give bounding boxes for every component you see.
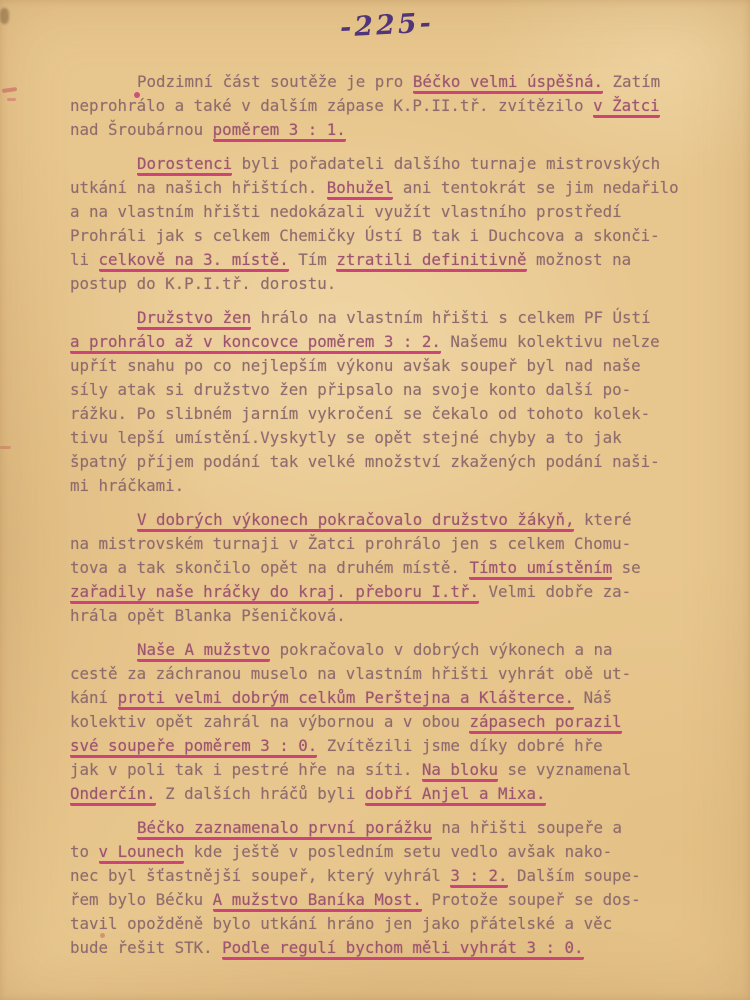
text-segment: kolektiv opět zahrál na výbornou a v obo… [70, 712, 469, 731]
text-segment: možnost na [527, 250, 632, 269]
text-line: rážku. Po slibném jarním vykročení se če… [70, 402, 690, 426]
text-line: Podzimní část soutěže je pro Béčko velmi… [70, 70, 690, 94]
text-segment: se [612, 558, 641, 577]
underlined-phrase: Bohužel [327, 178, 394, 200]
text-line: zařadily naše hráčky do kraj. přeboru I.… [70, 580, 690, 604]
text-segment: a na vlastním hřišti nedokázali využít v… [70, 202, 622, 221]
text-line: síly atak si družstvo žen připsalo na sv… [70, 378, 690, 402]
text-segment: které [574, 510, 631, 529]
text-segment: postup do K.P.I.tř. dorostu. [70, 274, 336, 293]
text-line: Naše A mužstvo pokračovalo v dobrých výk… [70, 638, 690, 662]
typewritten-text-body: Podzimní část soutěže je pro Béčko velmi… [70, 70, 690, 970]
text-segment: Podzimní část soutěže je pro [137, 72, 413, 91]
underlined-phrase: poměrem 3 : 1. [213, 120, 346, 142]
underlined-phrase: zápasech porazil [469, 712, 621, 734]
text-line: kolektiv opět zahrál na výbornou a v obo… [70, 710, 690, 734]
text-line: cestě za záchranou muselo na vlastním hř… [70, 662, 690, 686]
text-line: na mistrovském turnaji v Žatci prohrálo … [70, 532, 690, 556]
text-segment: cestě za záchranou muselo na vlastním hř… [70, 664, 631, 683]
underlined-phrase: proti velmi dobrým celkům Perštejna a Kl… [118, 688, 575, 710]
text-line: hrála opět Blanka Pšeničková. [70, 604, 690, 628]
text-line: bude řešit STK. Podle regulí bychom měli… [70, 936, 690, 960]
underlined-phrase: Na bloku [422, 760, 498, 782]
text-segment: hrálo na vlastním hřišti s celkem PF Úst… [251, 308, 650, 327]
paragraph: Dorostenci byli pořadateli dalšího turna… [70, 152, 690, 296]
text-segment: hrála opět Blanka Pšeničková. [70, 606, 346, 625]
underlined-phrase: celkově na 3. místě. [99, 250, 289, 272]
text-line: Béčko zaznamenalo první porážku na hřišt… [70, 816, 690, 840]
underlined-phrase: Onderčín. [70, 784, 156, 806]
text-segment: tova a tak skončilo opět na druhém místě… [70, 558, 469, 577]
text-line: špatný příjem podání tak velké množství … [70, 450, 690, 474]
underlined-phrase: Naše A mužstvo [137, 640, 270, 662]
text-segment: Protože soupeř se dos- [422, 890, 641, 909]
text-line: V dobrých výkonech pokračovalo družstvo … [70, 508, 690, 532]
text-line: mi hráčkami. [70, 474, 690, 498]
text-line: tavil opožděně bylo utkání hráno jen jak… [70, 912, 690, 936]
text-segment: Tím [289, 250, 337, 269]
ink-speck [2, 87, 17, 93]
text-segment: mi hráčkami. [70, 476, 184, 495]
scanned-document-page: -225- Podzimní část soutěže je pro Béčko… [0, 0, 750, 1000]
text-line: Družstvo žen hrálo na vlastním hřišti s … [70, 306, 690, 330]
text-segment: ani tentokrát se jim nedařilo [393, 178, 678, 197]
underlined-phrase: zařadily naše hráčky do kraj. přeboru I.… [70, 582, 479, 604]
text-segment: to [70, 842, 99, 861]
text-segment: bude řešit STK. [70, 938, 222, 957]
text-line: Dorostenci byli pořadateli dalšího turna… [70, 152, 690, 176]
text-line: své soupeře poměrem 3 : 0. Zvítězili jsm… [70, 734, 690, 758]
underlined-phrase: A mužstvo Baníka Most. [213, 890, 422, 912]
text-segment: nec byl šťastnější soupeř, který vyhrál [70, 866, 450, 885]
text-line: jak v poli tak i pestré hře na síti. Na … [70, 758, 690, 782]
underlined-phrase: Béčko velmi úspěšná. [413, 72, 603, 94]
underlined-phrase: dobří Anjel a Mixa. [365, 784, 546, 806]
text-segment: neprohrálo a také v dalším zápase K.P.II… [70, 96, 593, 115]
paragraph: V dobrých výkonech pokračovalo družstvo … [70, 508, 690, 628]
underlined-phrase: Dorostenci [137, 154, 232, 176]
paragraph: Družstvo žen hrálo na vlastním hřišti s … [70, 306, 690, 498]
underlined-phrase: své soupeře poměrem 3 : 0. [70, 736, 317, 758]
text-line: upřít snahu po co nejlepším výkonu avšak… [70, 354, 690, 378]
text-segment: tavil opožděně bylo utkání hráno jen jak… [70, 914, 612, 933]
text-segment: špatný příjem podání tak velké množství … [70, 452, 660, 471]
text-line: to v Lounech kde ještě v posledním setu … [70, 840, 690, 864]
text-line: kání proti velmi dobrým celkům Perštejna… [70, 686, 690, 710]
ink-speck [0, 446, 11, 449]
text-segment: síly atak si družstvo žen připsalo na sv… [70, 380, 631, 399]
text-segment: na hřišti soupeře a [432, 818, 622, 837]
text-segment: byli pořadateli dalšího turnaje mistrovs… [232, 154, 660, 173]
text-segment: rážku. Po slibném jarním vykročení se če… [70, 404, 650, 423]
text-line: Onderčín. Z dalších hráčů byli dobří Anj… [70, 782, 690, 806]
text-segment: Prohráli jak s celkem Chemičky Ústí B ta… [70, 226, 660, 245]
text-segment: li [70, 250, 99, 269]
text-segment: Zvítězili jsme díky dobré hře [317, 736, 602, 755]
text-segment: Náš [574, 688, 612, 707]
ink-speck [7, 98, 16, 101]
text-segment: kání [70, 688, 118, 707]
text-line: postup do K.P.I.tř. dorostu. [70, 272, 690, 296]
text-segment: upřít snahu po co nejlepším výkonu avšak… [70, 356, 641, 375]
underlined-phrase: 3 : 2. [450, 866, 507, 888]
paragraph: Podzimní část soutěže je pro Béčko velmi… [70, 70, 690, 142]
text-segment: Dalším soupe- [508, 866, 641, 885]
text-line: tivu lepší umístění.Vyskytly se opět ste… [70, 426, 690, 450]
text-line: a na vlastním hřišti nedokázali využít v… [70, 200, 690, 224]
underlined-phrase: Podle regulí bychom měli vyhrát 3 : 0. [222, 938, 583, 960]
underlined-phrase: a prohrálo až v koncovce poměrem 3 : 2. [70, 332, 441, 354]
text-line: nec byl šťastnější soupeř, který vyhrál … [70, 864, 690, 888]
text-line: nad Šroubárnou poměrem 3 : 1. [70, 118, 690, 142]
paragraph: Naše A mužstvo pokračovalo v dobrých výk… [70, 638, 690, 806]
underlined-phrase: Tímto umístěním [469, 558, 612, 580]
text-line: Prohráli jak s celkem Chemičky Ústí B ta… [70, 224, 690, 248]
text-segment: pokračovalo v dobrých výkonech a na [270, 640, 612, 659]
text-segment: tivu lepší umístění.Vyskytly se opět ste… [70, 428, 622, 447]
text-line: li celkově na 3. místě. Tím ztratili def… [70, 248, 690, 272]
text-segment: Našemu kolektivu nelze [441, 332, 660, 351]
text-segment: utkání na našich hřištích. [70, 178, 327, 197]
text-line: řem bylo Béčku A mužstvo Baníka Most. Pr… [70, 888, 690, 912]
text-segment: Z dalších hráčů byli [156, 784, 365, 803]
text-segment: nad Šroubárnou [70, 120, 213, 139]
text-segment: jak v poli tak i pestré hře na síti. [70, 760, 422, 779]
text-line: utkání na našich hřištích. Bohužel ani t… [70, 176, 690, 200]
underlined-phrase: V dobrých výkonech pokračovalo družstvo … [137, 510, 574, 532]
text-line: tova a tak skončilo opět na druhém místě… [70, 556, 690, 580]
underlined-phrase: v Žatci [593, 96, 660, 118]
paragraph: Béčko zaznamenalo první porážku na hřišt… [70, 816, 690, 960]
underlined-phrase: v Lounech [99, 842, 185, 864]
text-line: neprohrálo a také v dalším zápase K.P.II… [70, 94, 690, 118]
handwritten-page-number: -225- [339, 8, 434, 44]
underlined-phrase: Béčko zaznamenalo první porážku [137, 818, 432, 840]
text-segment: na mistrovském turnaji v Žatci prohrálo … [70, 534, 631, 553]
text-segment: kde ještě v posledním setu vedlo avšak n… [184, 842, 612, 861]
text-segment: řem bylo Béčku [70, 890, 213, 909]
text-segment: Velmi dobře za- [479, 582, 631, 601]
underlined-phrase: ztratili definitivně [336, 250, 526, 272]
paper-smudge [0, 8, 9, 24]
underlined-phrase: Družstvo žen [137, 308, 251, 330]
text-segment: se vyznamenal [498, 760, 631, 779]
text-line: a prohrálo až v koncovce poměrem 3 : 2. … [70, 330, 690, 354]
text-segment: Zatím [603, 72, 660, 91]
